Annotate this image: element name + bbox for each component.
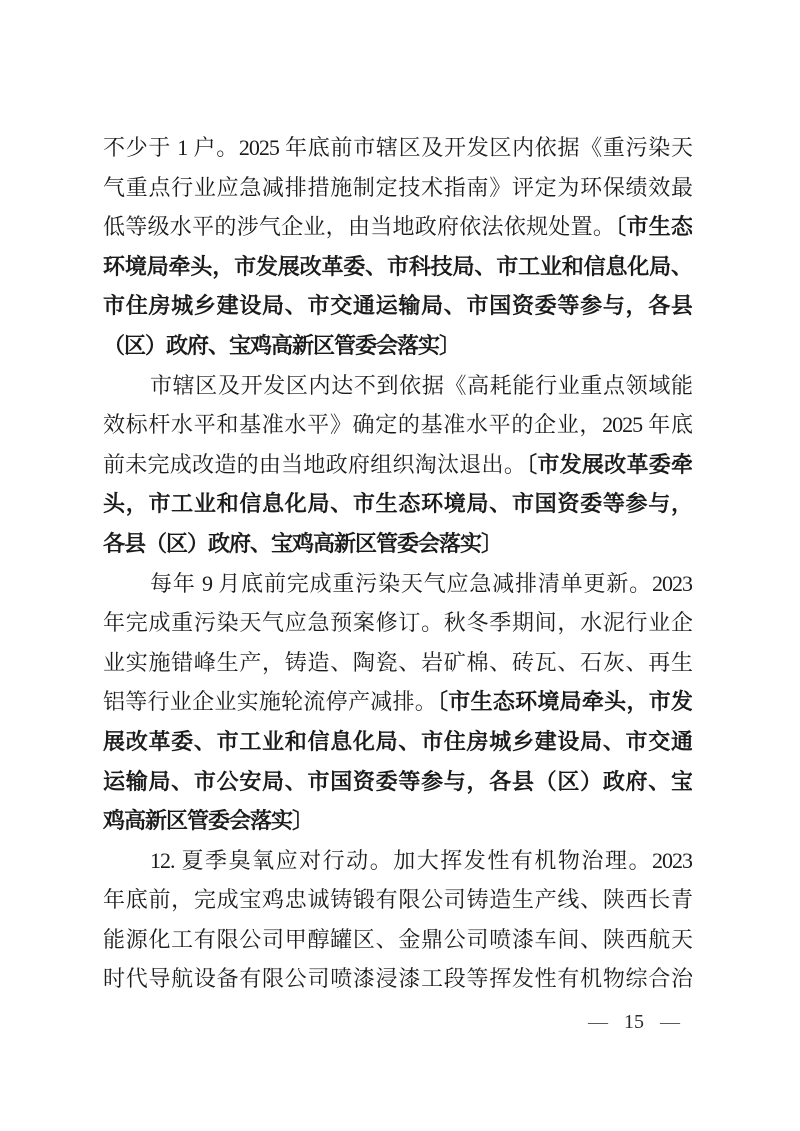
responsibility-emphasis-segment: 〔市生态环境局牵头，市发 — [437, 689, 692, 714]
text-line: 时代导航设备有限公司喷漆浸漆工段等挥发性有机物综合治 — [103, 959, 692, 999]
responsibility-emphasis-segment: 〔市生态 — [615, 214, 692, 239]
text-line: 各县（区）政府、宝鸡高新区管委会落实〕 — [103, 524, 692, 564]
responsibility-emphasis-segment: 环境局牵头，市发展改革委、市科技局、市工业和信息化局、 — [103, 254, 692, 279]
page-number: 15 — [624, 1009, 644, 1035]
text-line: （区）政府、宝鸡高新区管委会落实〕 — [103, 326, 692, 366]
footer-dash-left: — — [588, 1009, 608, 1035]
text-segment: 年完成重污染天气应急预案修订。秋冬季期间，水泥行业企 — [103, 610, 692, 635]
text-segment: 不少于 1 户。2025 年底前市辖区及开发区内依据《重污染天 — [103, 135, 692, 160]
text-segment: 前未完成改造的由当地政府组织淘汰退出。 — [103, 452, 526, 477]
text-line: 鸡高新区管委会落实〕 — [103, 801, 692, 841]
responsibility-emphasis-segment: 运输局、市公安局、市国资委等参与，各县（区）政府、宝 — [103, 769, 692, 794]
text-line: 效标杆水平和基准水平》确定的基准水平的企业，2025 年底 — [103, 405, 692, 445]
text-line: 12. 夏季臭氧应对行动。加大挥发性有机物治理。2023 — [103, 841, 692, 881]
responsibility-emphasis-segment: 〔市发展改革委牵 — [526, 452, 692, 477]
responsibility-emphasis-segment: 市住房城乡建设局、市交通运输局、市国资委等参与，各县 — [103, 293, 692, 318]
text-line: 每年 9 月底前完成重污染天气应急减排清单更新。2023 — [103, 564, 692, 604]
text-line: 气重点行业应急减排措施制定技术指南》评定为环保绩效最 — [103, 168, 692, 208]
text-line: 不少于 1 户。2025 年底前市辖区及开发区内依据《重污染天 — [103, 128, 692, 168]
page-footer: — 15 — — [588, 1009, 680, 1035]
text-line: 低等级水平的涉气企业，由当地政府依法依规处置。〔市生态 — [103, 207, 692, 247]
text-segment: 铝等行业企业实施轮流停产减排。 — [103, 689, 437, 714]
responsibility-emphasis-segment: （区）政府、宝鸡高新区管委会落实〕 — [103, 333, 460, 358]
responsibility-emphasis-segment: 展改革委、市工业和信息化局、市住房城乡建设局、市交通 — [103, 729, 692, 754]
text-segment: 每年 9 月底前完成重污染天气应急减排清单更新。2023 — [150, 571, 692, 596]
text-segment: 低等级水平的涉气企业，由当地政府依法依规处置。 — [103, 214, 615, 239]
text-line: 铝等行业企业实施轮流停产减排。〔市生态环境局牵头，市发 — [103, 682, 692, 722]
text-line: 年底前，完成宝鸡忠诚铸锻有限公司铸造生产线、陕西长青 — [103, 880, 692, 920]
document-page: 不少于 1 户。2025 年底前市辖区及开发区内依据《重污染天气重点行业应急减排… — [0, 0, 800, 1131]
text-segment: 能源化工有限公司甲醇罐区、金鼎公司喷漆车间、陕西航天 — [103, 927, 692, 952]
text-line: 市辖区及开发区内达不到依据《高耗能行业重点领域能 — [103, 366, 692, 406]
text-line: 年完成重污染天气应急预案修订。秋冬季期间，水泥行业企 — [103, 603, 692, 643]
footer-dash-right: — — [660, 1009, 680, 1035]
text-segment: 市辖区及开发区内达不到依据《高耗能行业重点领域能 — [150, 373, 692, 398]
text-line: 前未完成改造的由当地政府组织淘汰退出。〔市发展改革委牵 — [103, 445, 692, 485]
text-line: 业实施错峰生产，铸造、陶瓷、岩矿棉、砖瓦、石灰、再生 — [103, 643, 692, 683]
text-segment: 时代导航设备有限公司喷漆浸漆工段等挥发性有机物综合治 — [103, 966, 692, 991]
text-line: 环境局牵头，市发展改革委、市科技局、市工业和信息化局、 — [103, 247, 692, 287]
responsibility-emphasis-segment: 头，市工业和信息化局、市生态环境局、市国资委等参与， — [103, 491, 692, 516]
text-line: 市住房城乡建设局、市交通运输局、市国资委等参与，各县 — [103, 286, 692, 326]
text-line: 能源化工有限公司甲醇罐区、金鼎公司喷漆车间、陕西航天 — [103, 920, 692, 960]
text-segment: 12. 夏季臭氧应对行动。加大挥发性有机物治理。2023 — [150, 848, 692, 873]
text-line: 展改革委、市工业和信息化局、市住房城乡建设局、市交通 — [103, 722, 692, 762]
document-body: 不少于 1 户。2025 年底前市辖区及开发区内依据《重污染天气重点行业应急减排… — [103, 128, 692, 999]
responsibility-emphasis-segment: 鸡高新区管委会落实〕 — [103, 808, 313, 833]
responsibility-emphasis-segment: 各县（区）政府、宝鸡高新区管委会落实〕 — [103, 531, 502, 556]
text-segment: 气重点行业应急减排措施制定技术指南》评定为环保绩效最 — [103, 175, 692, 200]
text-segment: 业实施错峰生产，铸造、陶瓷、岩矿棉、砖瓦、石灰、再生 — [103, 650, 692, 675]
text-line: 头，市工业和信息化局、市生态环境局、市国资委等参与， — [103, 484, 692, 524]
text-line: 运输局、市公安局、市国资委等参与，各县（区）政府、宝 — [103, 762, 692, 802]
text-segment: 年底前，完成宝鸡忠诚铸锻有限公司铸造生产线、陕西长青 — [103, 887, 692, 912]
text-segment: 效标杆水平和基准水平》确定的基准水平的企业，2025 年底 — [103, 412, 692, 437]
